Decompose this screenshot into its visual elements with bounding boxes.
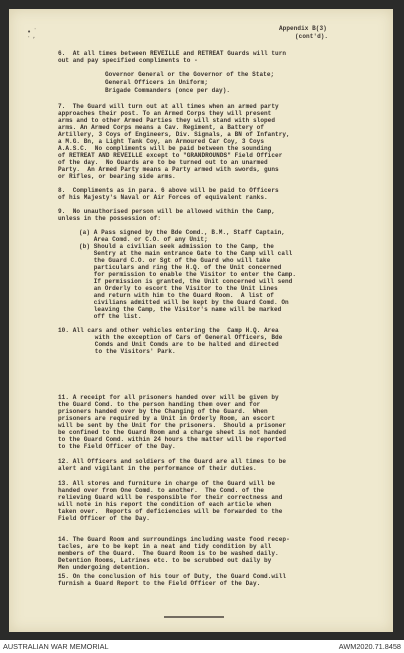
para-6-list-item: Brigade Commanders (once per day). — [105, 87, 230, 94]
para-6-list-item: Governor General or the Governor of the … — [105, 71, 274, 78]
institution-label: AUSTRALIAN WAR MEMORIAL — [3, 642, 109, 651]
closing-rule — [164, 616, 224, 618]
para-13-line: Field Officer of the Day. — [58, 515, 150, 522]
para-14-line: Men undergoing detention. — [58, 564, 150, 571]
contd-label: (cont'd). — [295, 33, 328, 40]
para-6-list-item: General Officers in Uniform; — [105, 79, 208, 86]
document-page: • ˙˙ ʼ Appendix B(3) (cont'd). 6. At all… — [9, 9, 393, 632]
para-7-line: or Rifles, or bearing side arms. — [58, 173, 176, 180]
para-11-line: to the Field Officer of the Day. — [58, 443, 176, 450]
para-10-line: to the Visitors' Park. — [58, 348, 176, 355]
appendix-label: Appendix B(3) — [279, 25, 327, 32]
para-9-line: unless in the possession of: — [58, 215, 161, 222]
para-8-line: of his Majesty's Naval or Air Forces of … — [58, 194, 268, 201]
accession-number: AWM2020.71.8458 — [339, 642, 401, 651]
para-15-line: furnish a Guard Report to the Field Offi… — [58, 580, 260, 587]
typed-document: Appendix B(3) (cont'd). 6. At all times … — [9, 9, 393, 632]
archive-footer: AUSTRALIAN WAR MEMORIAL AWM2020.71.8458 — [0, 640, 404, 653]
para-9b-line: off the list. — [79, 313, 142, 320]
para-12-line: alert and vigilant in the performance of… — [58, 465, 257, 472]
scan-frame: • ˙˙ ʼ Appendix B(3) (cont'd). 6. At all… — [0, 0, 404, 640]
para-6-line: out and pay specified compliments to - — [58, 57, 198, 64]
